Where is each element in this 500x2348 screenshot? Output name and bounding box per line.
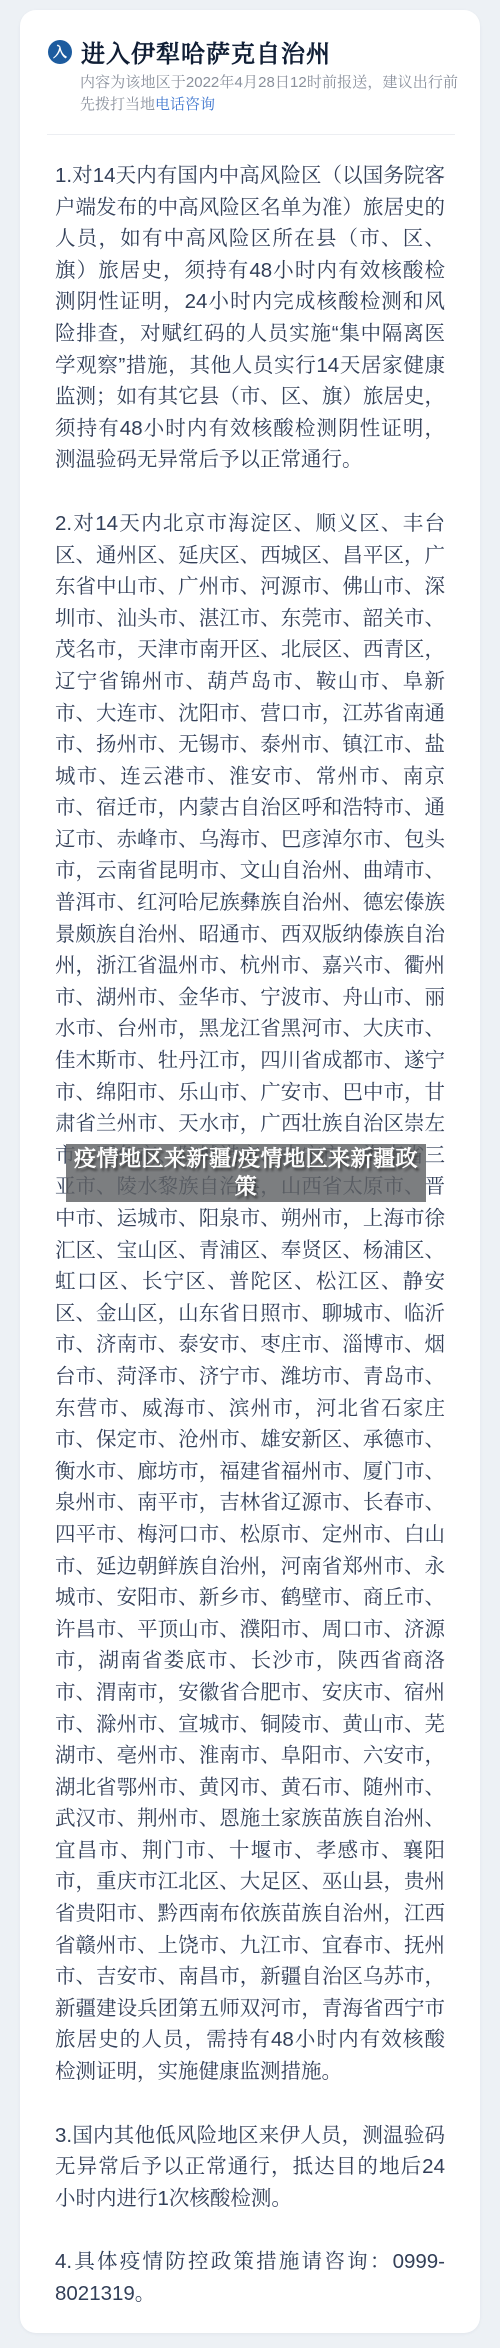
- phone-consult-link[interactable]: 电话咨询: [155, 96, 215, 113]
- report-notice-text: 内容为该地区于2022年4月28日12时前报送，建议出行前先拨打当地: [80, 74, 458, 113]
- enter-icon: 入: [48, 40, 72, 64]
- report-notice: 内容为该地区于2022年4月28日12时前报送，建议出行前先拨打当地电话咨询: [80, 72, 458, 116]
- card-header: 入 进入伊犁哈萨克自治州: [48, 34, 331, 69]
- page-title: 进入伊犁哈萨克自治州: [81, 34, 331, 69]
- policy-paragraph-1: 1.对14天内有国内中高风险区（以国务院客户端发布的中高风险区名单为准）旅居史的…: [55, 160, 445, 476]
- watermark-caption: 疫情地区来新疆/疫情地区来新疆政策: [66, 1144, 426, 1202]
- travel-policy-page: 入 进入伊犁哈萨克自治州 内容为该地区于2022年4月28日12时前报送，建议出…: [0, 0, 500, 2348]
- header-divider: [47, 134, 455, 135]
- policy-paragraph-2: 2.对14天内北京市海淀区、顺义区、丰台区、通州区、延庆区、西城区、昌平区，广东…: [55, 508, 445, 2088]
- policy-text: 1.对14天内有国内中高风险区（以国务院客户端发布的中高风险区名单为准）旅居史的…: [55, 160, 445, 2310]
- policy-paragraph-4: 4.具体疫情防控政策措施请咨询：0999-8021319。: [55, 2246, 445, 2309]
- policy-paragraph-3: 3.国内其他低风险地区来伊人员，测温验码无异常后予以正常通行，抵达目的地后24小…: [55, 2120, 445, 2215]
